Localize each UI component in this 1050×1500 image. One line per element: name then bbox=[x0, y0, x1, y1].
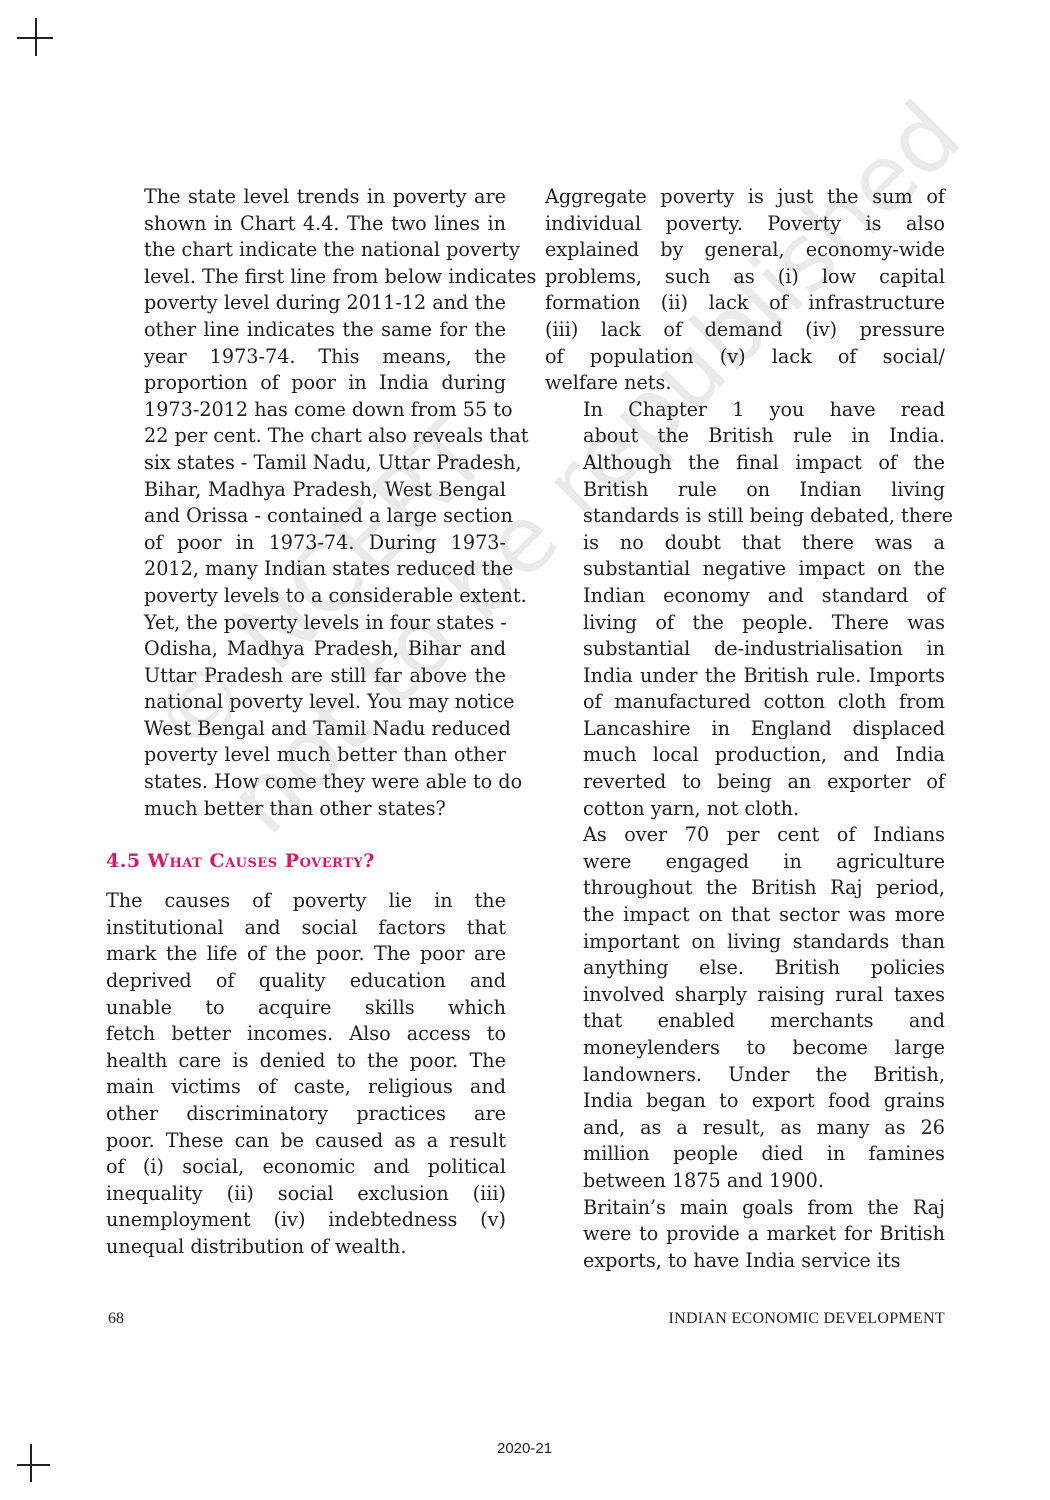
text-line: national poverty level. You may notice bbox=[106, 689, 506, 716]
text-line: the chart indicate the national poverty bbox=[106, 237, 506, 264]
text-line: inequality (ii) social exclusion (iii) bbox=[106, 1181, 506, 1208]
text-line: standards is still being debated, there bbox=[545, 503, 945, 530]
paragraph-state-trends: The state level trends in poverty aresho… bbox=[106, 184, 506, 822]
text-line: unable to acquire skills which bbox=[106, 995, 506, 1022]
paragraph-raj-goals: Britain’s main goals from the Rajwere to… bbox=[545, 1195, 945, 1275]
text-line: anything else. British policies bbox=[545, 955, 945, 982]
text-line: is no doubt that there was a bbox=[545, 530, 945, 557]
page-number: 68 bbox=[108, 1310, 124, 1328]
text-line: shown in Chart 4.4. The two lines in bbox=[106, 211, 506, 238]
text-line: problems, such as (i) low capital bbox=[545, 264, 945, 291]
text-line: other discriminatory practices are bbox=[106, 1101, 506, 1128]
text-line: of poor in 1973-74. During 1973- bbox=[106, 530, 506, 557]
text-line: that enabled merchants and bbox=[545, 1008, 945, 1035]
text-line: individual poverty. Poverty is also bbox=[545, 211, 945, 238]
text-line: Lancashire in England displaced bbox=[545, 716, 945, 743]
text-line: India began to export food grains bbox=[545, 1088, 945, 1115]
text-line: formation (ii) lack of infrastructure bbox=[545, 290, 945, 317]
text-line: year 1973-74. This means, the bbox=[106, 344, 506, 371]
text-line: poverty levels to a considerable extent. bbox=[106, 583, 506, 610]
text-line: deprived of quality education and bbox=[106, 968, 506, 995]
text-line: states. How come they were able to do bbox=[106, 769, 506, 796]
paragraph-aggregate-poverty: Aggregate poverty is just the sum ofindi… bbox=[545, 184, 945, 397]
text-line: exports, to have India service its bbox=[545, 1248, 945, 1275]
text-line: substantial de-industrialisation in bbox=[545, 636, 945, 663]
text-line: The causes of poverty lie in the bbox=[106, 888, 506, 915]
text-line: unequal distribution of wealth. bbox=[106, 1234, 506, 1261]
text-line: mark the life of the poor. The poor are bbox=[106, 941, 506, 968]
paragraph-causes: The causes of poverty lie in theinstitut… bbox=[106, 888, 506, 1260]
text-line: 22 per cent. The chart also reveals that bbox=[106, 423, 506, 450]
text-line: about the British rule in India. bbox=[545, 423, 945, 450]
left-column: The state level trends in poverty aresho… bbox=[106, 184, 506, 1261]
text-line: In Chapter 1 you have read bbox=[545, 397, 945, 424]
text-line: The state level trends in poverty are bbox=[106, 184, 506, 211]
text-line: 2012, many Indian states reduced the bbox=[106, 556, 506, 583]
text-line: fetch better incomes. Also access to bbox=[106, 1021, 506, 1048]
text-line: six states - Tamil Nadu, Uttar Pradesh, bbox=[106, 450, 506, 477]
text-line: moneylenders to become large bbox=[545, 1035, 945, 1062]
text-line: level. The first line from below indicat… bbox=[106, 264, 506, 291]
text-line: poverty level during 2011-12 and the bbox=[106, 290, 506, 317]
text-line: and Orissa - contained a large section bbox=[106, 503, 506, 530]
text-line: unemployment (iv) indebtedness (v) bbox=[106, 1207, 506, 1234]
text-line: explained by general, economy-wide bbox=[545, 237, 945, 264]
text-line: landowners. Under the British, bbox=[545, 1062, 945, 1089]
text-line: welfare nets. bbox=[545, 370, 945, 397]
text-line: million people died in famines bbox=[545, 1141, 945, 1168]
text-line: between 1875 and 1900. bbox=[545, 1168, 945, 1195]
text-line: Indian economy and standard of bbox=[545, 583, 945, 610]
text-line: Although the final impact of the bbox=[545, 450, 945, 477]
edition-year: 2020-21 bbox=[497, 1440, 552, 1457]
text-line: Bihar, Madhya Pradesh, West Bengal bbox=[106, 477, 506, 504]
text-line: of manufactured cotton cloth from bbox=[545, 689, 945, 716]
text-line: Yet, the poverty levels in four states - bbox=[106, 610, 506, 637]
text-line: throughout the British Raj period, bbox=[545, 875, 945, 902]
paragraph-agriculture: As over 70 per cent of Indianswere engag… bbox=[545, 822, 945, 1194]
text-line: of (i) social, economic and political bbox=[106, 1154, 506, 1181]
text-line: proportion of poor in India during bbox=[106, 370, 506, 397]
text-line: the impact on that sector was more bbox=[545, 902, 945, 929]
text-line: other line indicates the same for the bbox=[106, 317, 506, 344]
text-line: (iii) lack of demand (iv) pressure bbox=[545, 317, 945, 344]
paragraph-british-rule: In Chapter 1 you have readabout the Brit… bbox=[545, 397, 945, 823]
text-line: Odisha, Madhya Pradesh, Bihar and bbox=[106, 636, 506, 663]
crop-mark-bottom-left-icon bbox=[12, 1442, 62, 1492]
text-line: substantial negative impact on the bbox=[545, 556, 945, 583]
text-line: As over 70 per cent of Indians bbox=[545, 822, 945, 849]
text-line: institutional and social factors that bbox=[106, 915, 506, 942]
text-line: were engaged in agriculture bbox=[545, 849, 945, 876]
text-line: living of the people. There was bbox=[545, 610, 945, 637]
text-line: much better than other states? bbox=[106, 796, 506, 823]
text-line: poor. These can be caused as a result bbox=[106, 1128, 506, 1155]
book-title: INDIAN ECONOMIC DEVELOPMENT bbox=[668, 1310, 945, 1328]
text-line: reverted to being an exporter of bbox=[545, 769, 945, 796]
text-line: poverty level much better than other bbox=[106, 742, 506, 769]
crop-mark-top-left-icon bbox=[15, 16, 65, 66]
text-line: Britain’s main goals from the Raj bbox=[545, 1195, 945, 1222]
text-line: and, as a result, as many as 26 bbox=[545, 1115, 945, 1142]
text-line: health care is denied to the poor. The bbox=[106, 1048, 506, 1075]
text-line: main victims of caste, religious and bbox=[106, 1074, 506, 1101]
text-line: involved sharply raising rural taxes bbox=[545, 982, 945, 1009]
text-line: were to provide a market for British bbox=[545, 1221, 945, 1248]
text-line: West Bengal and Tamil Nadu reduced bbox=[106, 716, 506, 743]
text-line: cotton yarn, not cloth. bbox=[545, 796, 945, 823]
text-line: much local production, and India bbox=[545, 742, 945, 769]
text-line: of population (v) lack of social/ bbox=[545, 344, 945, 371]
text-line: Aggregate poverty is just the sum of bbox=[545, 184, 945, 211]
right-column: Aggregate poverty is just the sum ofindi… bbox=[545, 184, 945, 1274]
text-line: British rule on Indian living bbox=[545, 477, 945, 504]
text-line: Uttar Pradesh are still far above the bbox=[106, 663, 506, 690]
text-line: important on living standards than bbox=[545, 929, 945, 956]
text-line: 1973-2012 has come down from 55 to bbox=[106, 397, 506, 424]
text-line: India under the British rule. Imports bbox=[545, 663, 945, 690]
section-heading: 4.5 What Causes Poverty? bbox=[106, 848, 506, 874]
